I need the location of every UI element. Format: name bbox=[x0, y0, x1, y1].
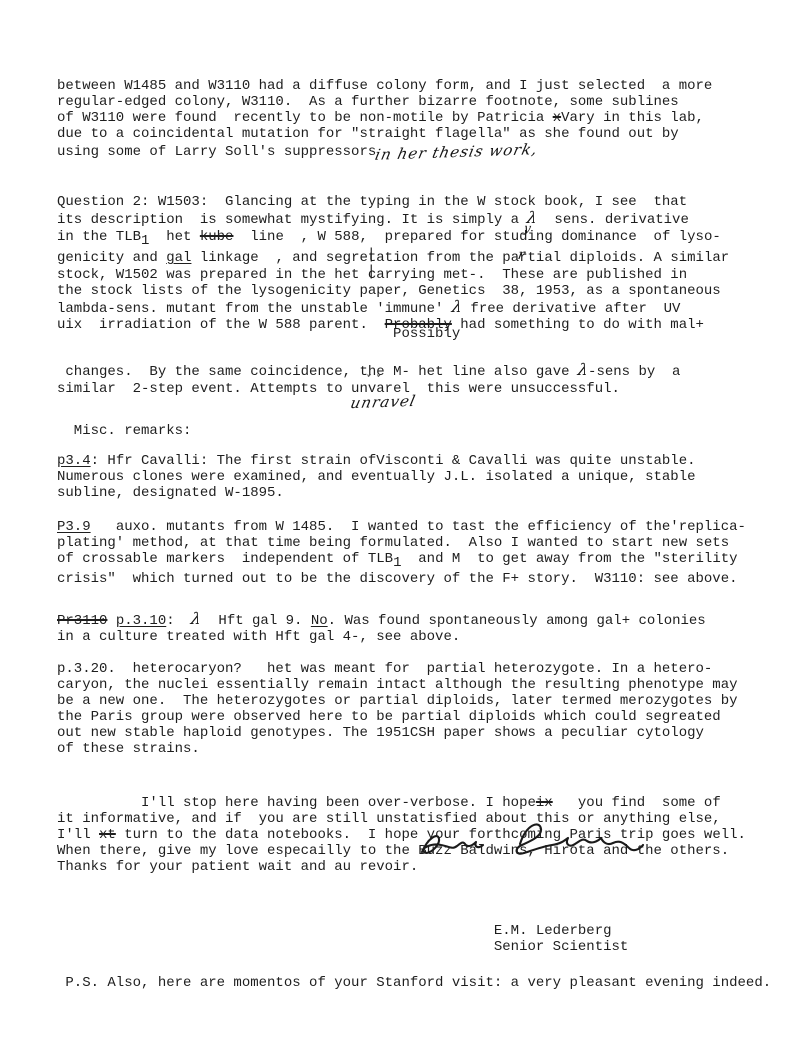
text-line: E.M. Lederberg bbox=[57, 923, 770, 939]
changes-paragraph: changes. By the same coincidence, the M-… bbox=[57, 362, 770, 410]
text-line: using some of Larry Soll's suppressorsin… bbox=[57, 142, 770, 160]
text-line: the stock lists of the lysogenicity pape… bbox=[57, 283, 770, 299]
text-line: in a culture treated with Hft gal 4-, se… bbox=[57, 629, 770, 645]
misc-remarks-heading: Misc. remarks: bbox=[57, 423, 770, 439]
text-line: crisis" which turned out to be the disco… bbox=[57, 571, 770, 587]
text-line: between W1485 and W3110 had a diffuse co… bbox=[57, 78, 770, 94]
text-line: the Paris group were observed here to be… bbox=[57, 709, 770, 725]
text-line: of W3110 were found recently to be non-m… bbox=[57, 110, 770, 126]
letter-page: between W1485 and W3110 had a diffuse co… bbox=[0, 0, 800, 1047]
text-line: caryon, the nuclei essentially remain in… bbox=[57, 677, 770, 693]
text-line: plating' method, at that time being form… bbox=[57, 535, 770, 551]
text-line: genicity and gal linkage , and segre|tat… bbox=[57, 249, 770, 266]
text-line: Numerous clones were examined, and event… bbox=[57, 469, 770, 485]
postscript: P.S. Also, here are momentos of your Sta… bbox=[57, 975, 770, 991]
signature-ink bbox=[408, 812, 658, 872]
text-line: be a new one. The heterozygotes or parti… bbox=[57, 693, 770, 709]
text-line: unravel bbox=[57, 392, 770, 410]
text-line: subline, designated W-1895. bbox=[57, 485, 770, 501]
intro-paragraph: between W1485 and W3110 had a diffuse co… bbox=[57, 78, 770, 160]
text-line: P.S. Also, here are momentos of your Sta… bbox=[57, 975, 770, 991]
text-line: Pr3110 p.3.10: λ Hft gal 9. No. Was foun… bbox=[57, 611, 770, 629]
text-line: of crossable markers independent of TLB1… bbox=[57, 551, 770, 571]
p3-20-paragraph: p.3.20. heterocaryon? het was meant for … bbox=[57, 661, 770, 757]
text-line: stock, W1502 was prepared in the het |ca… bbox=[57, 266, 770, 283]
text-line: p3.4: Hfr Cavalli: The first strain ofVi… bbox=[57, 453, 770, 469]
p3-9-paragraph: P3.9 auxo. mutants from W 1485. I wanted… bbox=[57, 519, 770, 587]
text-line: its description is somewhat mystifying. … bbox=[57, 210, 770, 228]
text-line: out new stable haploid genotypes. The 19… bbox=[57, 725, 770, 741]
p3-10-paragraph: Pr3110 p.3.10: λ Hft gal 9. No. Was foun… bbox=[57, 611, 770, 645]
text-line: lambda-sens. mutant from the unstable 'i… bbox=[57, 299, 770, 317]
text-line: Senior Scientist bbox=[57, 939, 770, 955]
p3-4-paragraph: p3.4: Hfr Cavalli: The first strain ofVi… bbox=[57, 453, 770, 501]
signature-block: E.M. Lederberg Senior Scientist bbox=[57, 923, 770, 955]
text-line: changes. By the same coincidence, the M-… bbox=[57, 362, 770, 380]
text-line: Question 2: W1503: Glancing at the typin… bbox=[57, 194, 770, 210]
handwritten-signature bbox=[408, 812, 658, 872]
text-line: p.3.20. heterocaryon? het was meant for … bbox=[57, 661, 770, 677]
text-line: due to a coincidental mutation for "stra… bbox=[57, 126, 770, 142]
text-line: of these strains. bbox=[57, 741, 770, 757]
text-line: I'll stop here having been over-verbose.… bbox=[57, 795, 770, 811]
text-line: in the TLB1 het kube line , W 588, prepa… bbox=[57, 228, 770, 249]
text-line: P3.9 auxo. mutants from W 1485. I wanted… bbox=[57, 519, 770, 535]
question-2-paragraph: Question 2: W1503: Glancing at the typin… bbox=[57, 194, 770, 342]
text-line: regular-edged colony, W3110. As a furthe… bbox=[57, 94, 770, 110]
text-line: Misc. remarks: bbox=[57, 423, 770, 439]
